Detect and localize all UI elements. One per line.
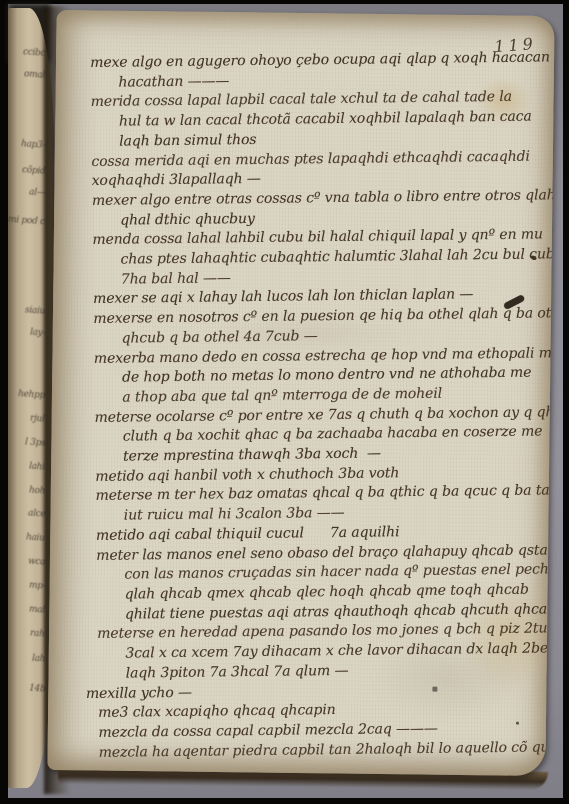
facing-page-text-fragment: alce [27, 508, 45, 519]
facing-page-text-fragment: mi pod c [8, 215, 45, 228]
facing-page-text-fragment: lahi [29, 461, 45, 472]
facing-page-text-fragment: hoh [29, 485, 46, 496]
manuscript-text: mexe algo en agugero ohoyo çebo ocupa aq… [72, 48, 555, 763]
facing-page-text-fragment: cõpid [21, 165, 45, 177]
facing-page-text-fragment: al— [28, 187, 45, 198]
facing-page-text-fragment: haiu [26, 532, 45, 543]
manuscript-page: 119 mexe algo en agugero ohoyo çebo ocup… [47, 10, 554, 776]
facing-page-text-fragment: l 3ps [24, 437, 45, 448]
facing-page-text-fragment: mp- [28, 580, 45, 591]
facing-page-text-fragment: ccibc [22, 47, 45, 59]
facing-page-text-fragment: hehpp [18, 389, 46, 401]
facing-page-text-fragment: hap3- [20, 139, 45, 151]
facing-page-text-fragment: lay- [29, 327, 45, 338]
facing-page-text-fragment: 14b [28, 683, 45, 694]
facing-page-text-fragment: wca [27, 556, 45, 567]
facing-page-text-fragment: mal [29, 604, 46, 615]
facing-page-text-fragment: omal [24, 69, 46, 80]
facing-page-text-fragment: siaiu [25, 305, 46, 316]
